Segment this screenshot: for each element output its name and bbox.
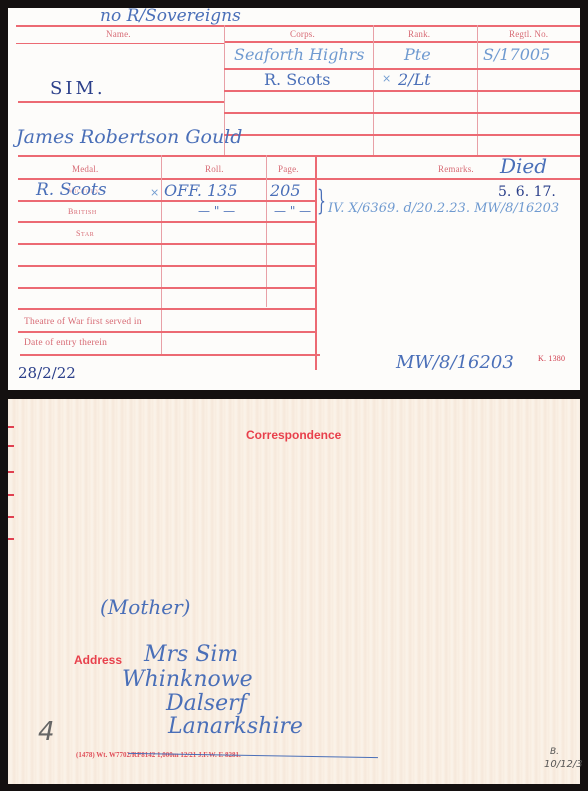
top-note: no R/Sovereigns <box>100 6 241 26</box>
rule <box>18 155 580 157</box>
pencil-mark: 4 <box>38 717 55 747</box>
surname: SIM. <box>50 78 106 99</box>
rule <box>224 112 580 114</box>
printed-medal-star: Star <box>76 229 94 238</box>
header-medal: Medal. <box>72 164 98 174</box>
rule <box>16 43 224 44</box>
roll-entry: OFF. 135 <box>164 181 238 200</box>
theatre-of-war-label: Theatre of War first served in <box>24 317 142 327</box>
rule <box>20 354 320 356</box>
address-line-3: Dalserf <box>166 691 247 716</box>
header-regtl-no: Regtl. No. <box>509 29 548 39</box>
forenames: James Robertson Gould <box>16 126 242 148</box>
header-name: Name. <box>106 29 131 39</box>
rank-entry-1: Pte <box>404 45 431 64</box>
address-label: Address <box>74 653 122 667</box>
medal-index-card-back: Correspondence (Mother) Address Mrs Sim … <box>8 399 580 784</box>
date-of-entry-label: Date of entry therein <box>24 338 107 348</box>
header-remarks: Remarks. <box>438 164 474 174</box>
remarks-died: Died <box>500 154 547 178</box>
address-line-2: Whinknowe <box>122 667 253 692</box>
rule <box>224 134 580 136</box>
bottom-date: 28/2/22 <box>18 364 76 382</box>
margin-tick <box>8 426 14 428</box>
corps-entry-2: R. Scots <box>264 70 330 89</box>
printed-medal-british: British <box>68 207 97 216</box>
rule <box>18 243 315 245</box>
rule <box>18 265 315 267</box>
rule <box>18 308 315 310</box>
brace-mark: } <box>317 184 326 217</box>
cross-mark: × <box>382 72 391 85</box>
rule <box>18 221 315 223</box>
cross-mark: × <box>150 186 159 199</box>
form-number: K. 1380 <box>538 354 565 363</box>
header-rank: Rank. <box>408 29 430 39</box>
remarks-reference: IV. X/6369. d/20.2.23. MW/8/16203 <box>328 201 559 216</box>
divider <box>161 155 162 355</box>
rule <box>224 41 580 43</box>
address-line-1: Mrs Sim <box>144 642 238 667</box>
rule <box>18 331 315 333</box>
rank-entry-2: 2/Lt <box>398 70 431 89</box>
margin-tick <box>8 494 14 496</box>
rule <box>18 200 315 202</box>
regtl-no-entry: S/17005 <box>483 45 550 64</box>
rule <box>18 101 224 103</box>
address-line-4: Lanarkshire <box>168 714 303 739</box>
rule <box>16 25 580 27</box>
relation: (Mother) <box>100 595 190 619</box>
rule <box>224 90 580 92</box>
corps-entry-1: Seaforth Highrs <box>234 45 364 64</box>
header-corps: Corps. <box>290 29 315 39</box>
margin-tick <box>8 516 14 518</box>
pencil-note-bottom: 10/12/3 <box>544 759 583 770</box>
bottom-reference: MW/8/16203 <box>396 352 514 373</box>
margin-tick <box>8 445 14 447</box>
header-page: Page. <box>278 164 299 174</box>
medal-entry: R. Scots <box>36 180 107 200</box>
rule <box>18 287 315 289</box>
remarks-date: 5. 6. 17. <box>498 184 556 200</box>
margin-tick <box>8 538 14 540</box>
page-ditto: — " — <box>274 204 311 218</box>
medal-index-card-front: no R/Sovereigns Name. Corps. Rank. Regtl… <box>8 8 580 390</box>
header-roll: Roll. <box>205 164 224 174</box>
divider <box>266 155 267 307</box>
page-entry: 205 <box>270 181 301 200</box>
margin-tick <box>8 471 14 473</box>
pencil-note-top: B. <box>550 747 559 757</box>
correspondence-title: Correspondence <box>246 428 341 442</box>
roll-ditto: — " — <box>198 204 235 218</box>
